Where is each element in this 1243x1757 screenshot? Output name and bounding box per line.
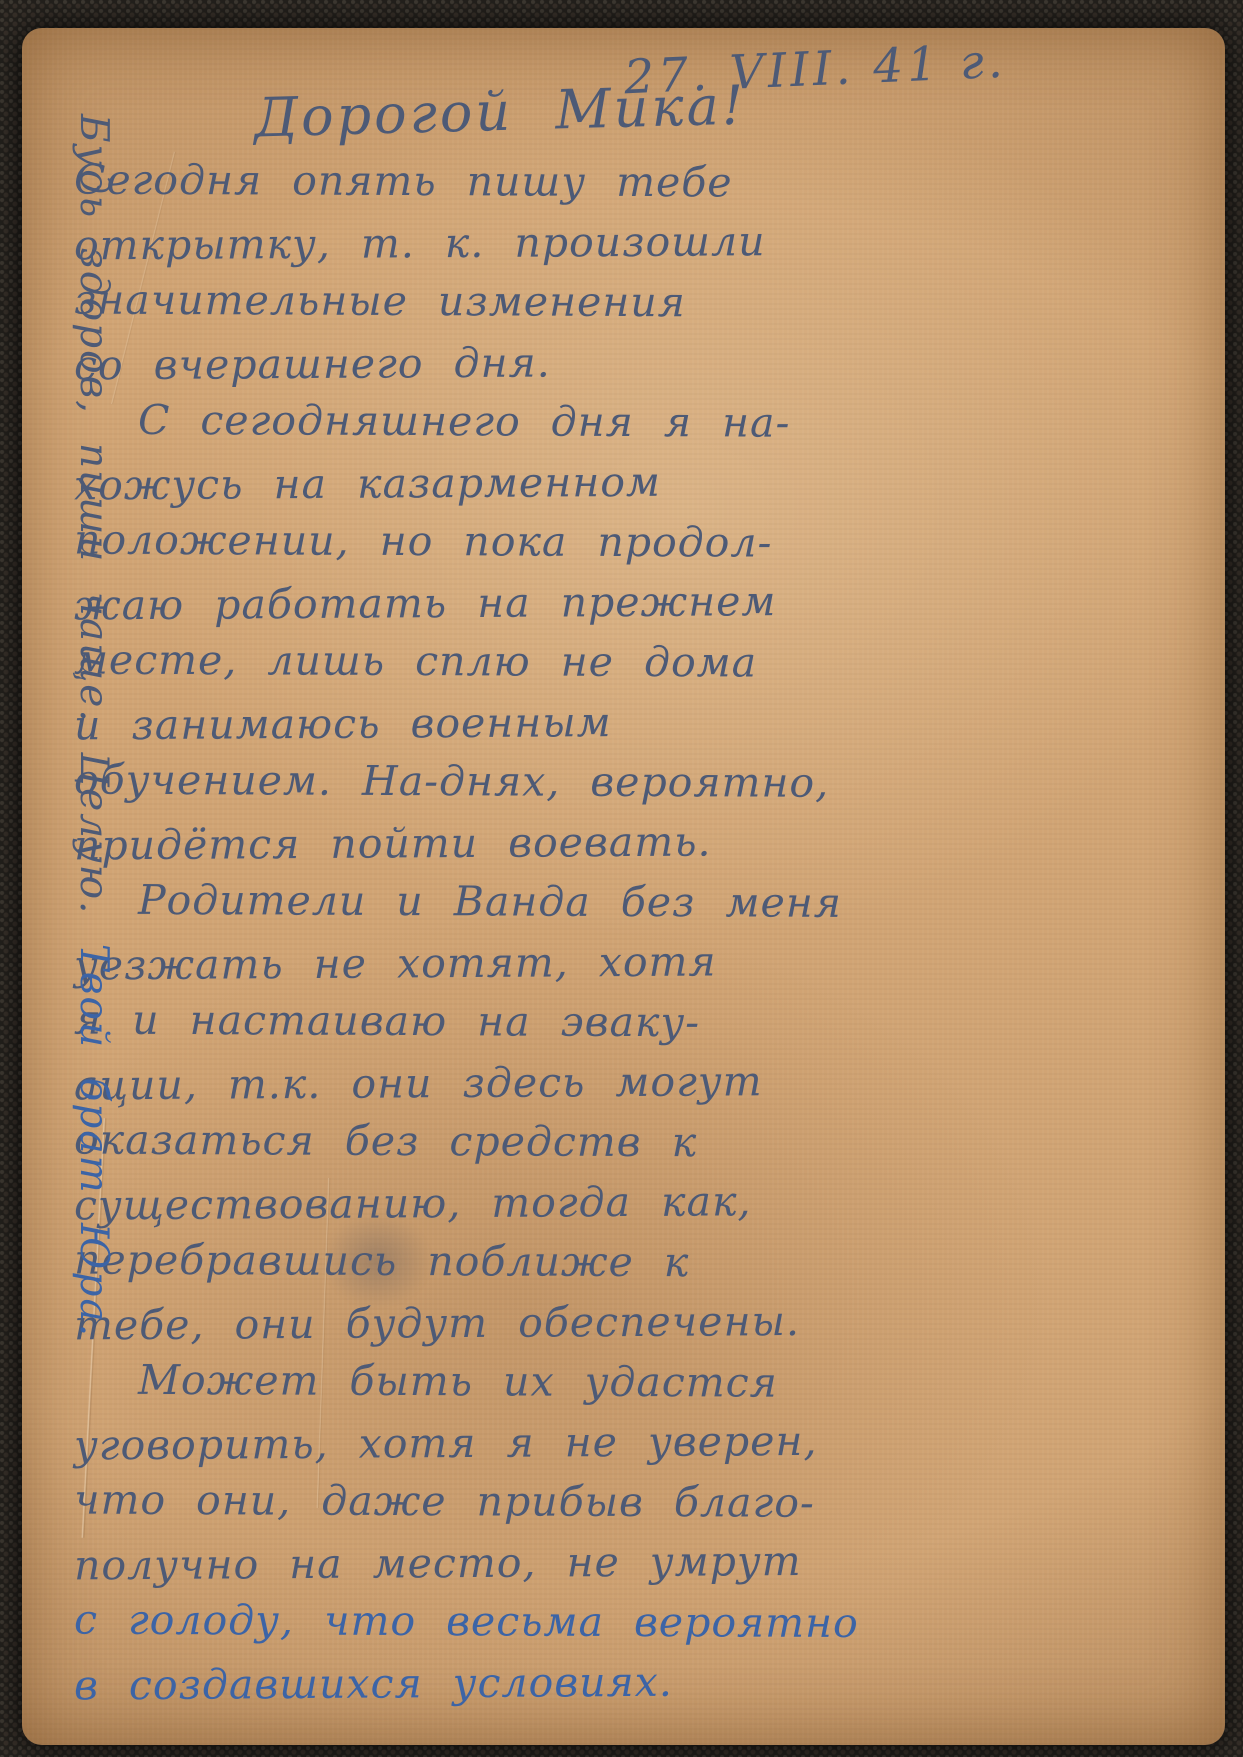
handwritten-line: придётся пойти воевать. [74,809,1194,876]
handwritten-line: в создавшихся условиях. [74,1649,1194,1716]
handwritten-line: положении, но пока продол- [74,510,1194,575]
handwritten-line: Сегодня опять пишу тебе [74,150,1194,215]
margin-note-signature: Твой брат Юра. [71,944,116,1338]
handwritten-line: С сегодняшнего дня я на- [74,390,1194,455]
handwritten-line: уезжать не хотят, хотя [74,929,1194,996]
letter-body: Сегодня опять пишу тебеоткрытку, т. к. п… [74,152,1194,1712]
letter-salutation: Дорогой Мика! [253,74,747,150]
handwritten-line: значительные изменения [74,270,1194,335]
handwritten-line: Родители и Ванда без меня [74,870,1194,935]
handwritten-line: получно на место, не умрут [74,1529,1194,1596]
handwritten-line: с голоду, что весьма вероятно [74,1590,1194,1655]
handwritten-line: со вчерашнего дня. [74,329,1194,396]
handwritten-line: оказаться без средств к [74,1110,1194,1175]
handwritten-line: что они, даже прибыв благо- [74,1470,1194,1535]
handwritten-line: ации, т.к. они здесь могут [74,1049,1194,1116]
handwritten-line: жаю работать на прежнем [74,569,1194,636]
photo-background: { "document": { "date": "27. VIII. 41 г.… [0,0,1243,1757]
handwritten-line: обучением. На-днях, вероятно, [74,750,1194,815]
margin-note: Будь здоров, пиши чаще. Целую. Твой брат… [24,114,116,1734]
margin-note-text: Будь здоров, пиши чаще. Целую. [71,114,116,944]
handwritten-line: открытку, т. к. произошли [74,209,1194,276]
handwritten-line: месте, лишь сплю не дома [74,630,1194,695]
handwritten-line: существованию, тогда как, [74,1169,1194,1236]
handwritten-line: уговорить, хотя я не уверен, [74,1409,1194,1476]
postcard-paper: 27. VIII. 41 г. Дорогой Мика! Сегодня оп… [22,28,1225,1745]
handwritten-line: и занимаюсь военным [74,689,1194,756]
handwritten-line: Может быть их удастся [74,1350,1194,1415]
handwritten-line: хожусь на казарменном [74,449,1194,516]
handwritten-line: тебе, они будут обеспечены. [74,1289,1194,1356]
handwritten-line: перебравшись поближе к [74,1230,1194,1295]
handwritten-line: я и настаиваю на эваку- [74,990,1194,1055]
